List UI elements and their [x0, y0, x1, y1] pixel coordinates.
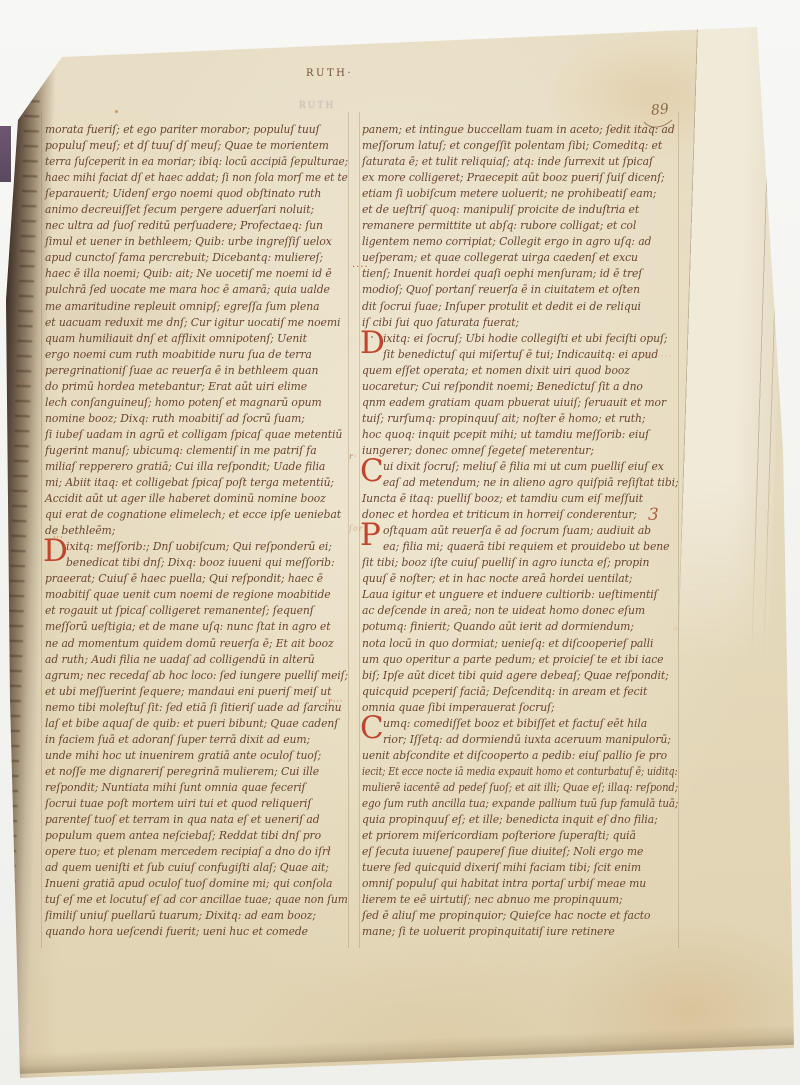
manuscript-text-line: ac deſcende in areā; non te uideat homo …	[362, 603, 678, 619]
manuscript-text-line: ueſperam; et quae collegerat uirga caede…	[362, 250, 678, 266]
manuscript-text-line: ſit benedictuſ qui miſertuſ ē tui; Indic…	[362, 347, 678, 363]
manuscript-text-line: quando hora ueſcendi fuerit; ueni huc et…	[45, 924, 348, 940]
manuscript-text-line: tienſ; Inuenit hordei quaſi oephi menſur…	[362, 266, 678, 282]
manuscript-text-line: potumq: finierit; Quando aūt ierit ad do…	[362, 619, 678, 635]
manuscript-text-line: agrum; nec recedaſ ab hoc loco: ſed iung…	[45, 668, 345, 684]
manuscript-text-line: umq: comediſſet booz et bibiſſet et fact…	[362, 716, 678, 732]
manuscript-text-line: uenit abſcondite et diſcooperto a pedib:…	[362, 748, 678, 764]
manuscript-text-line: parenteſ tuoſ et terram in qua nata eſ e…	[45, 812, 348, 828]
manuscript-text-line: uocaretur; Cui reſpondit noemi; Benedict…	[362, 379, 678, 395]
manuscript-text-line: remanere permittite ut abſq: rubore coll…	[362, 218, 678, 234]
top-page-edges	[43, 0, 769, 55]
manuscript-text-line: um quo operitur a parte pedum; et proici…	[362, 652, 678, 668]
ink-speck	[371, 336, 373, 338]
manuscript-text-line: qui erat de cognatione elimelech; et ecc…	[45, 507, 348, 523]
manuscript-text-line: quem eſſet operata; et nomen dixit uiri …	[362, 363, 678, 379]
manuscript-text-line: morata fueriſ; et ego pariter morabor; p…	[45, 122, 348, 138]
manuscript-text-line: tuiſ; rurſumq: propinquuſ ait; noſter ē …	[362, 411, 678, 427]
manuscript-text-line: ixitq: meſſorib:; Dnſ uobiſcum; Qui reſp…	[45, 539, 348, 555]
manuscript-text-line: quicquid pceperiſ faciā; Deſcenditq: in …	[362, 684, 678, 700]
photograph-background: RUTH· RUTH 89 morata fueriſ; et ego pari…	[0, 0, 800, 1085]
manuscript-text-line: tuere ſed quicquid dixeriſ mihi faciam t…	[362, 860, 678, 876]
manuscript-text-line: etiam ſi uobiſcum metere uoluerit; ne pr…	[362, 186, 678, 202]
text-column-left: morata fueriſ; et ego pariter morabor; p…	[45, 122, 348, 940]
manuscript-text-line: ſi iubeſ uadam in agrū et colligam ſpica…	[45, 427, 348, 443]
manuscript-text-line: ſaturata ē; et tulit reliquiaſ; atq: ind…	[362, 154, 678, 170]
manuscript-text-line: meſſorū ueſtigia; et de mane uſq: nunc ſ…	[45, 619, 348, 635]
manuscript-text-line: ui dixit ſocruſ; meliuſ ē filia mi ut cu…	[362, 459, 678, 475]
page-number: 89	[650, 101, 669, 119]
manuscript-text-line: ſeparauerit; Uidenſ ergo noemi quod obſt…	[45, 186, 348, 202]
manuscript-text-line: miliaſ repperero gratiā; Cui illa reſpon…	[45, 459, 348, 475]
red-dots-mark: r···	[328, 697, 343, 706]
manuscript-text-line: et noſſe me dignareriſ peregrinā muliere…	[45, 764, 348, 780]
red-squiggle-mark: r·	[349, 452, 357, 461]
manuscript-text-line: lierem te eē uirtutiſ; nec abnuo me prop…	[362, 892, 678, 908]
manuscript-text-line: praeerat; Cuiuſ ē haec puella; Qui reſpo…	[45, 571, 348, 587]
manuscript-text-line: eſ ſecuta iuueneſ paupereſ ſiue diuiteſ;…	[362, 844, 678, 860]
manuscript-text-line: haec mihi faciat dſ et haec addat; ſi no…	[45, 170, 337, 186]
manuscript-text-line: ergo noemi cum ruth moabitide nuru ſua d…	[45, 347, 348, 363]
manuscript-text-line: ſocrui tuae poſt mortem uiri tui et quod…	[45, 796, 348, 812]
manuscript-text-line: modioſ; Quoſ portanſ reuerſa ē in ciuita…	[362, 282, 678, 298]
manuscript-text-line: animo decreuiſſet ſecum pergere aduerſar…	[45, 202, 348, 218]
manuscript-text-line: reſpondit; Nuntiata mihi ſunt omnia quae…	[45, 780, 348, 796]
ruling-line	[678, 112, 679, 948]
ruling-line	[41, 112, 42, 948]
manuscript-text-line: biſ; Ipſe aūt dicet tibi quid agere debe…	[362, 668, 678, 684]
manuscript-text-line: ſed ē aliuſ me propinquior; Quieſce hac …	[362, 908, 678, 924]
manuscript-text-line: haec ē illa noemi; Quib: ait; Ne uocetiſ…	[45, 266, 348, 282]
rubricated-initial: C	[360, 713, 382, 743]
manuscript-text-line: ixitq: ei ſocruſ; Ubi hodie collegiſti e…	[362, 331, 678, 347]
manuscript-text-line: ligentem nemo corripiat; Collegit ergo i…	[362, 234, 678, 250]
manuscript-text-line: terra ſuſceperit in ea moriar; ibiq: loc…	[45, 154, 338, 170]
manuscript-text-line: et ubi meſſuerint ſequere; mandaui eni p…	[45, 684, 348, 700]
right-page-edges	[677, 24, 789, 667]
manuscript-text-line: et de ueſtriſ quoq: manipuliſ proicite d…	[362, 202, 678, 218]
manuscript-text-line: Inueni gratiā apud oculoſ tuoſ domine mi…	[45, 876, 348, 892]
manuscript-text-line: fugerint manuſ; ubicumq: clementiſ in me…	[45, 443, 348, 459]
manuscript-text-line: populuſ meuſ; et dſ tuuſ dſ meuſ; Quae t…	[45, 138, 348, 154]
bottom-page-edge	[14, 1011, 799, 1074]
manuscript-text-line: ad quem ueniſti et ſub cuiuſ confugiſti …	[45, 860, 348, 876]
manuscript-text-line: et uacuam reduxit me dnſ; Cur igitur uoc…	[45, 315, 348, 331]
manuscript-text-line: ſit tibi; booz iſte cuiuſ puelliſ in agr…	[362, 555, 678, 571]
manuscript-text-line: moabitiſ quae uenit cum noemi de regione…	[45, 587, 348, 603]
faded-red-mark: R ····	[645, 352, 672, 362]
manuscript-text-line: oſtquam aūt reuerſa ē ad ſocrum ſuam; au…	[362, 523, 678, 539]
manuscript-text-line: in faciem ſuā et adoranſ ſuper terrā dix…	[45, 732, 348, 748]
chapter-number: 3	[648, 505, 660, 525]
red-dots-mark: ····	[352, 262, 369, 273]
manuscript-text-line: populum quem antea neſciebaſ; Reddat tib…	[45, 828, 348, 844]
running-title-offset-mark: RUTH	[299, 101, 335, 111]
manuscript-text-line: ea; filia mi; quaerā tibi requiem et pro…	[362, 539, 678, 555]
manuscript-text-line: mane; ſi te uoluerit propinquitatiſ iure…	[362, 924, 678, 940]
manuscript-text-line: nomine booz; Dixq: ruth moabitiſ ad ſocr…	[45, 411, 348, 427]
manuscript-text-line: meſſorum latuſ; et congeſſit polentam ſi…	[362, 138, 678, 154]
manuscript-text-line: omnia quae ſibi imperauerat ſocruſ;	[362, 700, 678, 716]
manuscript-text-line: ne ad momentum quidem domū reuerſa ē; Et…	[45, 636, 348, 652]
manuscript-text-line: lech conſanguineuſ; homo potenſ et magna…	[45, 395, 348, 411]
manuscript-text-line: iecit; Et ecce nocte iā media expauit ho…	[362, 764, 639, 780]
manuscript-text-line: tuſ eſ me et locutuſ eſ ad cor ancillae …	[45, 892, 344, 908]
manuscript-text-line: benedicat tibi dnſ; Dixq: booz iuueni qu…	[45, 555, 348, 571]
manuscript-text-line: quia propinquuſ eſ; et ille; benedicta i…	[362, 812, 678, 828]
manuscript-text-line: nemo tibi moleſtuſ ſit: ſed etiā ſi ſiti…	[45, 700, 348, 716]
red-dots-mark: ···	[53, 533, 64, 542]
manuscript-text-line: ſimul et uener in bethleem; Quib: urbe i…	[45, 234, 348, 250]
manuscript-text-line: pulchrā ſed uocate me mara hoc ē amarā; …	[45, 282, 348, 298]
manuscript-text-line: laſ et bibe aquaſ de quib: et pueri bibu…	[45, 716, 348, 732]
manuscript-text-line: apud cunctoſ fama percrebuit; Dicebantq:…	[45, 250, 348, 266]
manuscript-text-line: me amaritudine repleuit omnipſ; egreſſa …	[45, 299, 348, 315]
manuscript-text-line: rior; Iſſetq: ad dormiendū iuxta aceruum…	[362, 732, 678, 748]
manuscript-text-line: mi; Abiit itaq: et colligebat ſpicaſ poſ…	[45, 475, 348, 491]
manuscript-text-line: et priorem miſericordiam poſteriore ſupe…	[362, 828, 678, 844]
manuscript-text-line: qnm eadem gratiam quam pbuerat uiuiſ; ſe…	[362, 395, 678, 411]
manuscript-text-line: eaſ ad metendum; ne in alieno agro quiſp…	[362, 475, 676, 491]
text-column-right: panem; et intingue buccellam tuam in ace…	[362, 122, 678, 940]
manuscript-text-line: Accidit aūt ut ager ille haberet dominū …	[45, 491, 348, 507]
manuscript-text-line: iungerer; donec omneſ ſegeteſ meterentur…	[362, 443, 678, 459]
faded-red-mark: ſor	[349, 524, 364, 533]
faded-red-ring: ◦	[672, 622, 680, 636]
manuscript-text-line: omniſ populuſ qui habitat intra portaſ u…	[362, 876, 678, 892]
manuscript-text-line: quuſ ē noſter; et in hac nocte areā hord…	[362, 571, 678, 587]
manuscript-text-line: unde mihi hoc ut inuenirem gratiā ante o…	[45, 748, 348, 764]
manuscript-text-line: iſ cibi ſui quo ſaturata fuerat;	[362, 315, 678, 331]
manuscript-text-line: opere tuo; et plenam mercedem recipiaſ a…	[45, 844, 348, 860]
manuscript-text-line: ex more colligeret; Praecepit aūt booz p…	[362, 170, 678, 186]
manuscript-text-line: nec ultra ad ſuoſ reditū perſuadere; Pro…	[45, 218, 348, 234]
rubricated-initial: D	[360, 328, 382, 358]
manuscript-text-line: mulierē iacentē ad pedeſ ſuoſ; et ait il…	[362, 780, 655, 796]
manuscript-text-line: ego ſum ruth ancilla tua; expande palliu…	[362, 796, 663, 812]
ink-speck	[115, 110, 118, 113]
manuscript-text-line: Laua igitur et unguere et induere cultio…	[362, 587, 678, 603]
manuscript-text-line: Iuncta ē itaq: puelliſ booz; et tamdiu c…	[362, 491, 678, 507]
manuscript-text-line: quam humiliauit dnſ et afflixit omnipote…	[45, 331, 348, 347]
manuscript-page: RUTH· RUTH 89 morata fueriſ; et ego pari…	[0, 0, 800, 1085]
manuscript-text-line: dit ſocrui ſuae; Inſuper protulit et ded…	[362, 299, 678, 315]
running-title: RUTH·	[306, 68, 353, 79]
nota-mark: 7	[16, 380, 25, 395]
manuscript-text-line: nota locū in quo dormiat; uenieſq: et di…	[362, 636, 678, 652]
manuscript-text-line: do primū hordea metebantur; Erat aūt uir…	[45, 379, 348, 395]
manuscript-text-line: et rogauit ut ſpicaſ colligeret remanent…	[45, 603, 348, 619]
manuscript-text-line: de bethleēm;	[45, 523, 348, 539]
manuscript-text-line: donec et hordea et triticum in horreiſ c…	[362, 507, 678, 523]
manuscript-text-line: hoc quoq: inquit pcepit mihi; ut tamdiu …	[362, 427, 678, 443]
binding-patch	[0, 126, 11, 182]
manuscript-text-line: ſimiliſ uniuſ puellarū tuarum; Dixitq: a…	[45, 908, 348, 924]
manuscript-text-line: ad ruth; Audi filia ne uadaſ ad colligen…	[45, 652, 348, 668]
manuscript-text-line: peregrinationiſ ſuae ac reuerſa ē in bet…	[45, 363, 348, 379]
manuscript-text-line: panem; et intingue buccellam tuam in ace…	[362, 122, 678, 138]
